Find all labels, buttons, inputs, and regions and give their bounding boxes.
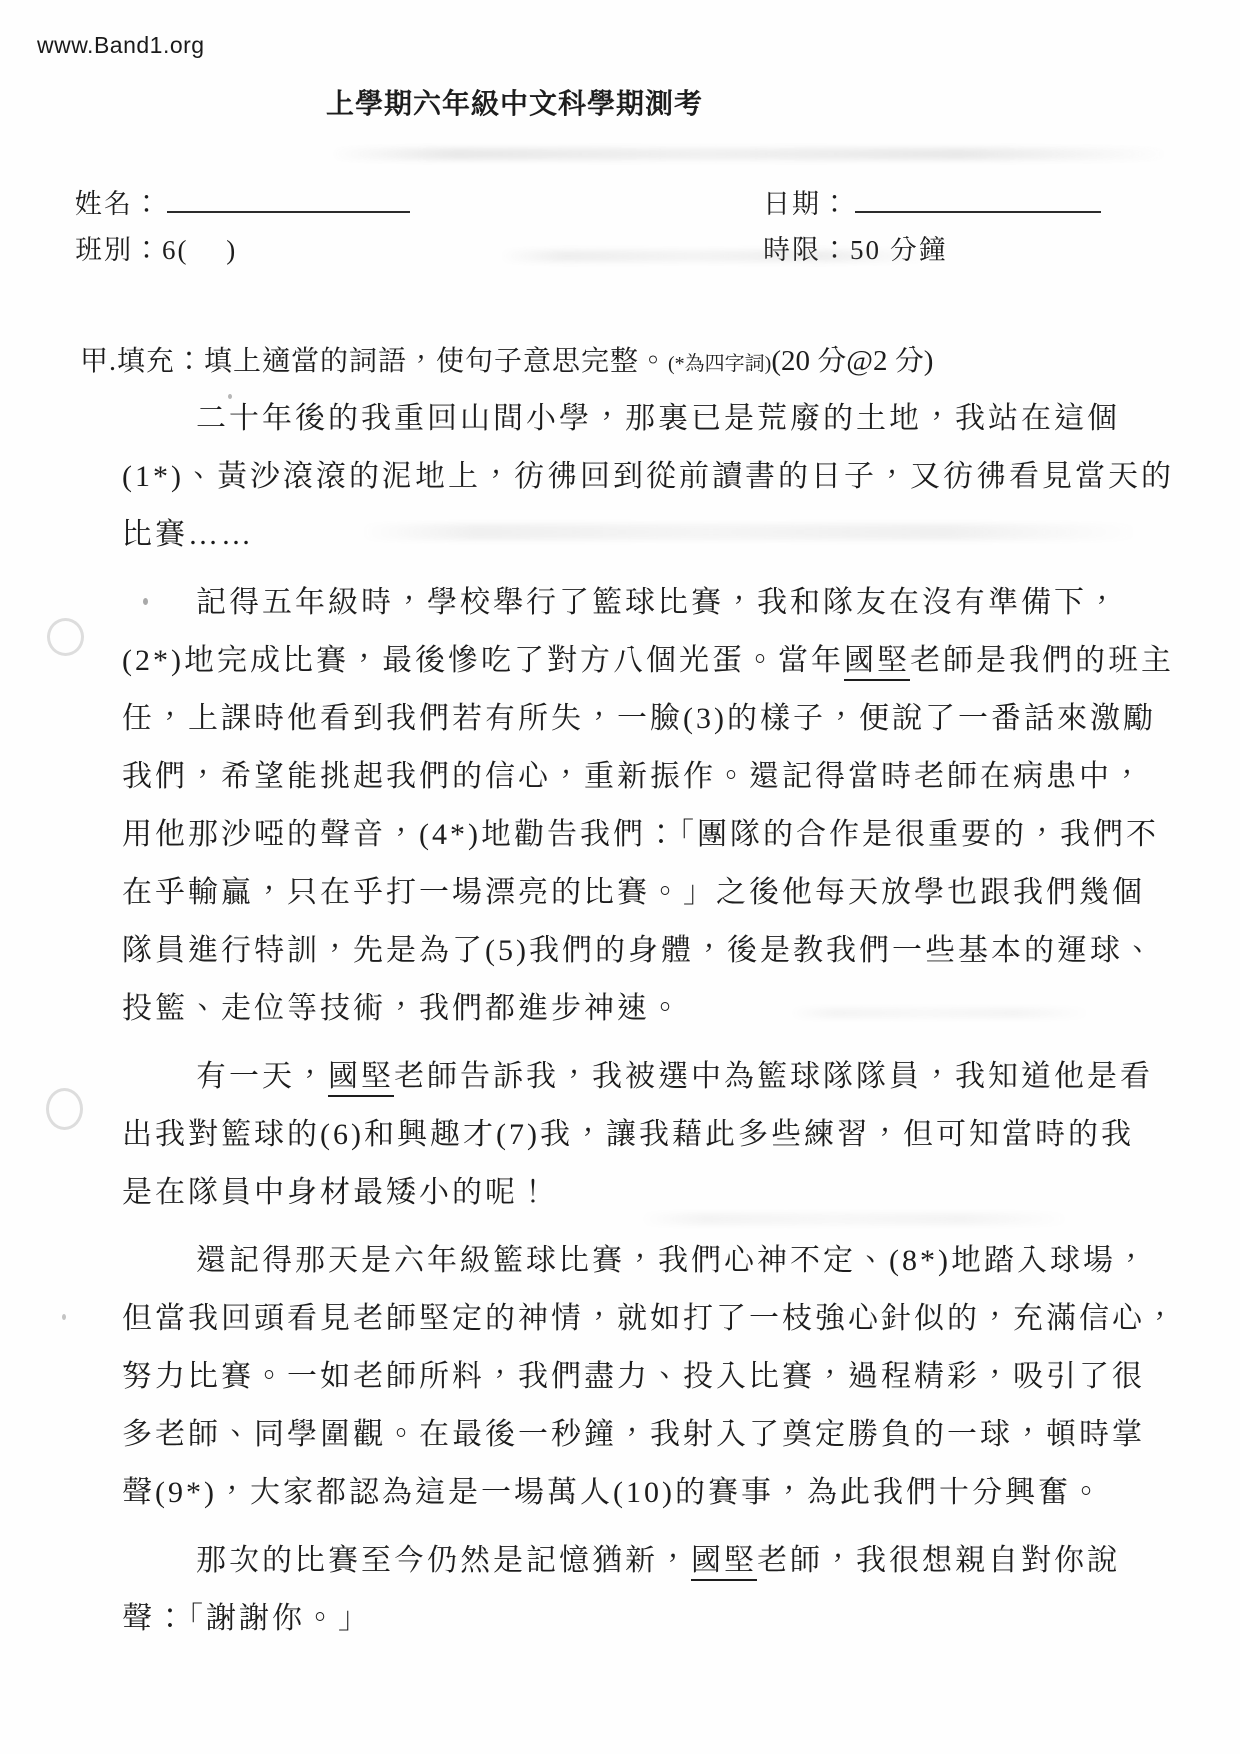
name-label: 姓名： bbox=[75, 189, 162, 219]
passage-line: (2*)地完成比賽，最後慘吃了對方八個光蛋。當年國堅老師是我們的班主 bbox=[122, 632, 1182, 690]
fill-in-passage: 二十年後的我重回山間小學，那裏已是荒廢的土地，我站在這個(1*)、黃沙滾滾的泥地… bbox=[122, 390, 1182, 1648]
passage-line: 但當我回頭看見老師堅定的神情，就如打了一枝強心針似的，充滿信心， bbox=[122, 1290, 1182, 1348]
name-field-row: 姓名： bbox=[75, 182, 410, 221]
scanned-test-paper-page: www.Band1.org 上學期六年級中文科學期測考 姓名： 日期： 班別：6… bbox=[0, 0, 1240, 1754]
scan-bleedthrough-smudge bbox=[640, 1213, 1070, 1225]
section-a-heading-main: 甲.填充：填上適當的詞語，使句子意思完整。 bbox=[80, 346, 668, 377]
passage-text: 有一天， bbox=[196, 1060, 328, 1093]
passage-text: 聲：「謝謝你。」 bbox=[122, 1602, 371, 1635]
class-label: 班別：6( ) bbox=[75, 235, 237, 265]
class-field-row: 班別：6( ) bbox=[75, 228, 237, 267]
passage-line: 隊員進行特訓，先是為了(5)我們的身體，後是教我們一些基本的運球、 bbox=[122, 922, 1182, 980]
scan-speck bbox=[143, 598, 148, 605]
scan-bleedthrough-smudge bbox=[500, 250, 930, 262]
passage-paragraph: 記得五年級時，學校舉行了籃球比賽，我和隊友在沒有準備下，(2*)地完成比賽，最後… bbox=[122, 574, 1182, 1038]
passage-paragraph: 還記得那天是六年級籃球比賽，我們心神不定、(8*)地踏入球場，但當我回頭看見老師… bbox=[122, 1232, 1182, 1522]
passage-line: 聲(9*)，大家都認為這是一場萬人(10)的賽事，為此我們十分興奮。 bbox=[122, 1464, 1182, 1522]
passage-line: 記得五年級時，學校舉行了籃球比賽，我和隊友在沒有準備下， bbox=[122, 574, 1182, 632]
date-field-row: 日期： bbox=[763, 182, 1101, 221]
passage-text: 那次的比賽至今仍然是記憶猶新， bbox=[196, 1544, 691, 1577]
passage-text: 我們，希望能挑起我們的信心，重新振作。還記得當時老師在病患中， bbox=[122, 760, 1145, 793]
passage-text: 用他那沙啞的聲音，(4*)地勸告我們：「團隊的合作是很重要的，我們不 bbox=[122, 818, 1159, 851]
passage-line: 多老師、同學圍觀。在最後一秒鐘，我射入了奠定勝負的一球，頓時掌 bbox=[122, 1406, 1182, 1464]
passage-text: (2*)地完成比賽，最後慘吃了對方八個光蛋。當年 bbox=[122, 644, 844, 677]
passage-text: 老師告訴我，我被選中為籃球隊隊員，我知道他是看 bbox=[394, 1060, 1153, 1093]
passage-line: 我們，希望能挑起我們的信心，重新振作。還記得當時老師在病患中， bbox=[122, 748, 1182, 806]
hole-punch-mark-bottom bbox=[46, 1088, 83, 1130]
passage-text: 多老師、同學圍觀。在最後一秒鐘，我射入了奠定勝負的一球，頓時掌 bbox=[122, 1418, 1145, 1451]
name-blank-line bbox=[167, 183, 410, 213]
passage-text: 記得五年級時，學校舉行了籃球比賽，我和隊友在沒有準備下， bbox=[196, 586, 1120, 619]
passage-line: 聲：「謝謝你。」 bbox=[122, 1590, 1182, 1648]
passage-text: 是在隊員中身材最矮小的呢！ bbox=[122, 1176, 551, 1209]
passage-line: 還記得那天是六年級籃球比賽，我們心神不定、(8*)地踏入球場， bbox=[122, 1232, 1182, 1290]
scan-bleedthrough-smudge bbox=[330, 148, 1170, 160]
passage-line: 那次的比賽至今仍然是記憶猶新，國堅老師，我很想親自對你說 bbox=[122, 1532, 1182, 1590]
underlined-teacher-name: 國堅 bbox=[691, 1544, 757, 1581]
passage-line: (1*)、黃沙滾滾的泥地上，彷彿回到從前讀書的日子，又彷彿看見當天的 bbox=[122, 448, 1182, 506]
underlined-teacher-name: 國堅 bbox=[328, 1060, 394, 1097]
section-a-heading: 甲.填充：填上適當的詞語，使句子意思完整。(*為四字詞)(20 分@2 分) bbox=[80, 338, 933, 379]
passage-text: 比賽…… bbox=[122, 518, 254, 551]
passage-line: 在乎輸贏，只在乎打一場漂亮的比賽。」之後他每天放學也跟我們幾個 bbox=[122, 864, 1182, 922]
passage-text: 聲(9*)，大家都認為這是一場萬人(10)的賽事，為此我們十分興奮。 bbox=[122, 1476, 1104, 1509]
passage-line: 二十年後的我重回山間小學，那裏已是荒廢的土地，我站在這個 bbox=[122, 390, 1182, 448]
hole-punch-mark-top bbox=[47, 618, 84, 656]
passage-line: 努力比賽。一如老師所料，我們盡力、投入比賽，過程精彩，吸引了很 bbox=[122, 1348, 1182, 1406]
page-title: 上學期六年級中文科學期測考 bbox=[326, 82, 703, 122]
passage-text: 努力比賽。一如老師所料，我們盡力、投入比賽，過程精彩，吸引了很 bbox=[122, 1360, 1145, 1393]
scan-speck bbox=[62, 1314, 66, 1320]
scan-bleedthrough-smudge bbox=[360, 524, 1140, 540]
date-label: 日期： bbox=[763, 189, 850, 219]
passage-text: 投籃、走位等技術，我們都進步神速。 bbox=[122, 992, 683, 1025]
underlined-teacher-name: 國堅 bbox=[844, 644, 910, 681]
scan-speck bbox=[228, 394, 232, 399]
passage-paragraph: 有一天，國堅老師告訴我，我被選中為籃球隊隊員，我知道他是看出我對籃球的(6)和興… bbox=[122, 1048, 1182, 1222]
section-a-heading-note: (*為四字詞) bbox=[668, 353, 771, 375]
passage-text: 老師是我們的班主 bbox=[910, 644, 1174, 677]
passage-line: 有一天，國堅老師告訴我，我被選中為籃球隊隊員，我知道他是看 bbox=[122, 1048, 1182, 1106]
passage-text: 任，上課時他看到我們若有所失，一臉(3)的樣子，便說了一番話來激勵 bbox=[122, 702, 1156, 735]
passage-text: 還記得那天是六年級籃球比賽，我們心神不定、(8*)地踏入球場， bbox=[196, 1244, 1149, 1277]
passage-line: 任，上課時他看到我們若有所失，一臉(3)的樣子，便說了一番話來激勵 bbox=[122, 690, 1182, 748]
passage-line: 用他那沙啞的聲音，(4*)地勸告我們：「團隊的合作是很重要的，我們不 bbox=[122, 806, 1182, 864]
date-blank-line bbox=[855, 183, 1101, 213]
passage-text: 二十年後的我重回山間小學，那裏已是荒廢的土地，我站在這個 bbox=[196, 402, 1120, 435]
passage-line: 出我對籃球的(6)和興趣才(7)我，讓我藉此多些練習，但可知當時的我 bbox=[122, 1106, 1182, 1164]
passage-paragraph: 那次的比賽至今仍然是記憶猶新，國堅老師，我很想親自對你說聲：「謝謝你。」 bbox=[122, 1532, 1182, 1648]
site-watermark: www.Band1.org bbox=[37, 32, 205, 59]
passage-text: (1*)、黃沙滾滾的泥地上，彷彿回到從前讀書的日子，又彷彿看見當天的 bbox=[122, 460, 1174, 493]
passage-text: 出我對籃球的(6)和興趣才(7)我，讓我藉此多些練習，但可知當時的我 bbox=[122, 1118, 1134, 1151]
passage-text: 老師，我很想親自對你說 bbox=[757, 1544, 1120, 1577]
passage-text: 在乎輸贏，只在乎打一場漂亮的比賽。」之後他每天放學也跟我們幾個 bbox=[122, 876, 1145, 909]
section-a-heading-marks: (20 分@2 分) bbox=[771, 345, 933, 377]
passage-text: 隊員進行特訓，先是為了(5)我們的身體，後是教我們一些基本的運球、 bbox=[122, 934, 1156, 967]
passage-text: 但當我回頭看見老師堅定的神情，就如打了一枝強心針似的，充滿信心， bbox=[122, 1302, 1178, 1335]
scan-bleedthrough-smudge bbox=[790, 1008, 1090, 1018]
